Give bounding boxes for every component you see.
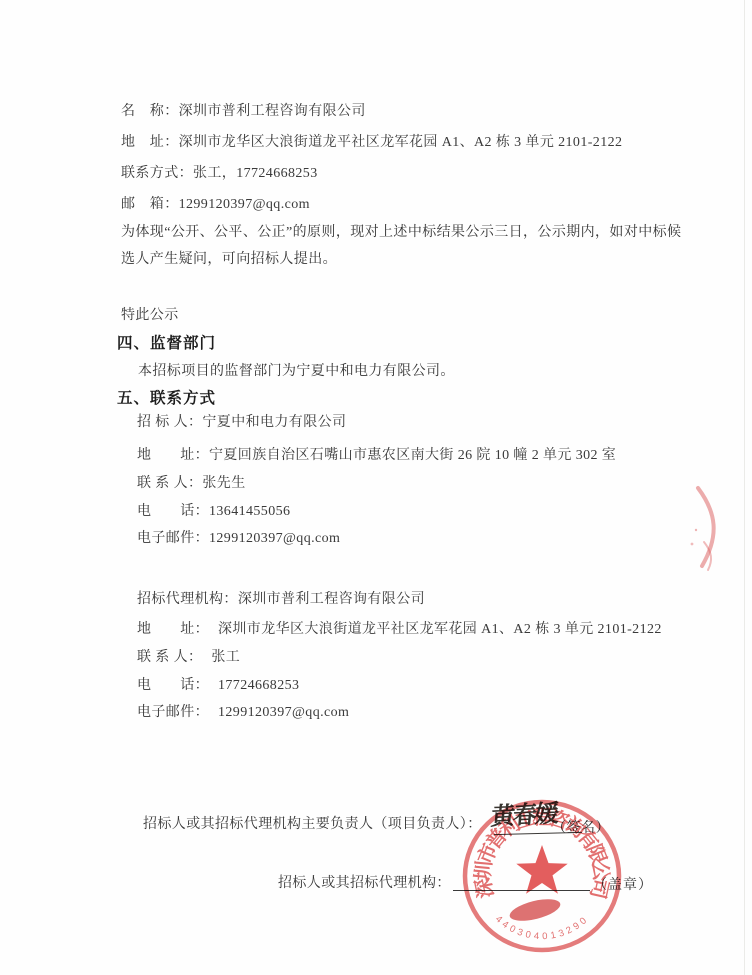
bidder-email-row: 邮 箱：1299120397@qq.com [121,196,310,213]
field-value: 1299120397@qq.com [179,197,310,212]
field-label: 联系方式： [121,166,193,181]
field-value: 深圳市龙华区大浪街道龙平社区龙军花园 A1、A2 栋 3 单元 2101-212… [209,622,662,637]
company-seal-stamp: 深圳市普利工程咨询有限公司 4403040132900 [447,791,637,961]
field-label: 招 标 人： [137,415,202,430]
field-value: 1299120397@qq.com [209,531,340,546]
seal-ink-smudge [508,895,563,925]
field-label: 联 系 人： [137,476,202,491]
field-value: 宁夏回族自治区石嘴山市惠农区南大街 26 院 10 幢 2 单元 302 室 [209,448,616,463]
field-label: 名 称： [121,104,179,119]
tenderer-address-row: 地 址：宁夏回族自治区石嘴山市惠农区南大街 26 院 10 幢 2 单元 302… [137,447,616,464]
field-value: 张先生 [202,476,245,491]
closing-statement: 特此公示 [121,304,179,324]
section4-body: 本招标项目的监督部门为宁夏中和电力有限公司。 [138,360,455,380]
bidder-name-row: 名 称：深圳市普利工程咨询有限公司 [121,103,366,120]
field-label: 邮 箱： [121,197,179,212]
seal-star-icon [516,845,567,894]
field-value: 宁夏中和电力有限公司 [202,415,346,430]
field-value: 1299120397@qq.com [209,705,349,720]
field-value: 17724668253 [209,678,299,693]
edge-stamp-mark-icon [688,480,738,580]
field-label: 电 话： [137,504,209,519]
field-label: 地 址： [137,448,209,463]
section4-heading: 四、监督部门 [117,331,216,353]
section5-heading: 五、联系方式 [117,386,216,408]
field-label: 电子邮件： [137,705,209,720]
field-label: 电子邮件： [137,531,209,546]
document-page: 名 称：深圳市普利工程咨询有限公司 地 址：深圳市龙华区大浪街道龙平社区龙军花园… [0,0,752,975]
bidder-contact-row: 联系方式：张工，17724668253 [121,165,318,182]
tenderer-email-row: 电子邮件：1299120397@qq.com [137,530,340,547]
org-seal-label: 招标人或其招标代理机构： [278,875,451,892]
agency-phone-row: 电 话：17724668253 [137,677,299,694]
tenderer-name-row: 招 标 人：宁夏中和电力有限公司 [137,414,346,431]
agency-contact-row: 联 系 人：张工 [137,649,240,666]
notice-paragraph-line2: 选人产生疑问，可向招标人提出。 [121,248,337,268]
field-value: 深圳市龙华区大浪街道龙平社区龙军花园 A1、A2 栋 3 单元 2101-212… [179,135,623,150]
field-label: 电 话： [137,678,209,693]
field-label: 联 系 人： [137,650,202,665]
agency-email-row: 电子邮件：1299120397@qq.com [137,704,349,721]
field-value: 深圳市普利工程咨询有限公司 [179,104,366,119]
field-value: 张工，17724668253 [193,166,318,181]
field-label: 招标代理机构： [137,592,238,607]
field-value: 深圳市普利工程咨询有限公司 [238,592,425,607]
scan-edge-line [744,0,745,975]
agency-address-row: 地 址：深圳市龙华区大浪街道龙平社区龙军花园 A1、A2 栋 3 单元 2101… [137,621,662,638]
tenderer-phone-row: 电 话：13641455056 [137,503,290,520]
responsible-person-label: 招标人或其招标代理机构主要负责人（项目负责人）： [143,816,482,833]
field-label: 地 址： [137,622,209,637]
tenderer-contact-row: 联 系 人：张先生 [137,475,246,492]
field-value: 张工 [202,650,240,665]
bidder-address-row: 地 址：深圳市龙华区大浪街道龙平社区龙军花园 A1、A2 栋 3 单元 2101… [121,134,622,151]
field-value: 13641455056 [209,504,290,519]
agency-name-row: 招标代理机构：深圳市普利工程咨询有限公司 [137,591,425,608]
notice-paragraph-line1: 为体现“公开、公平、公正”的原则，现对上述中标结果公示三日，公示期内，如对中标候 [121,221,681,241]
field-label: 地 址： [121,135,179,150]
